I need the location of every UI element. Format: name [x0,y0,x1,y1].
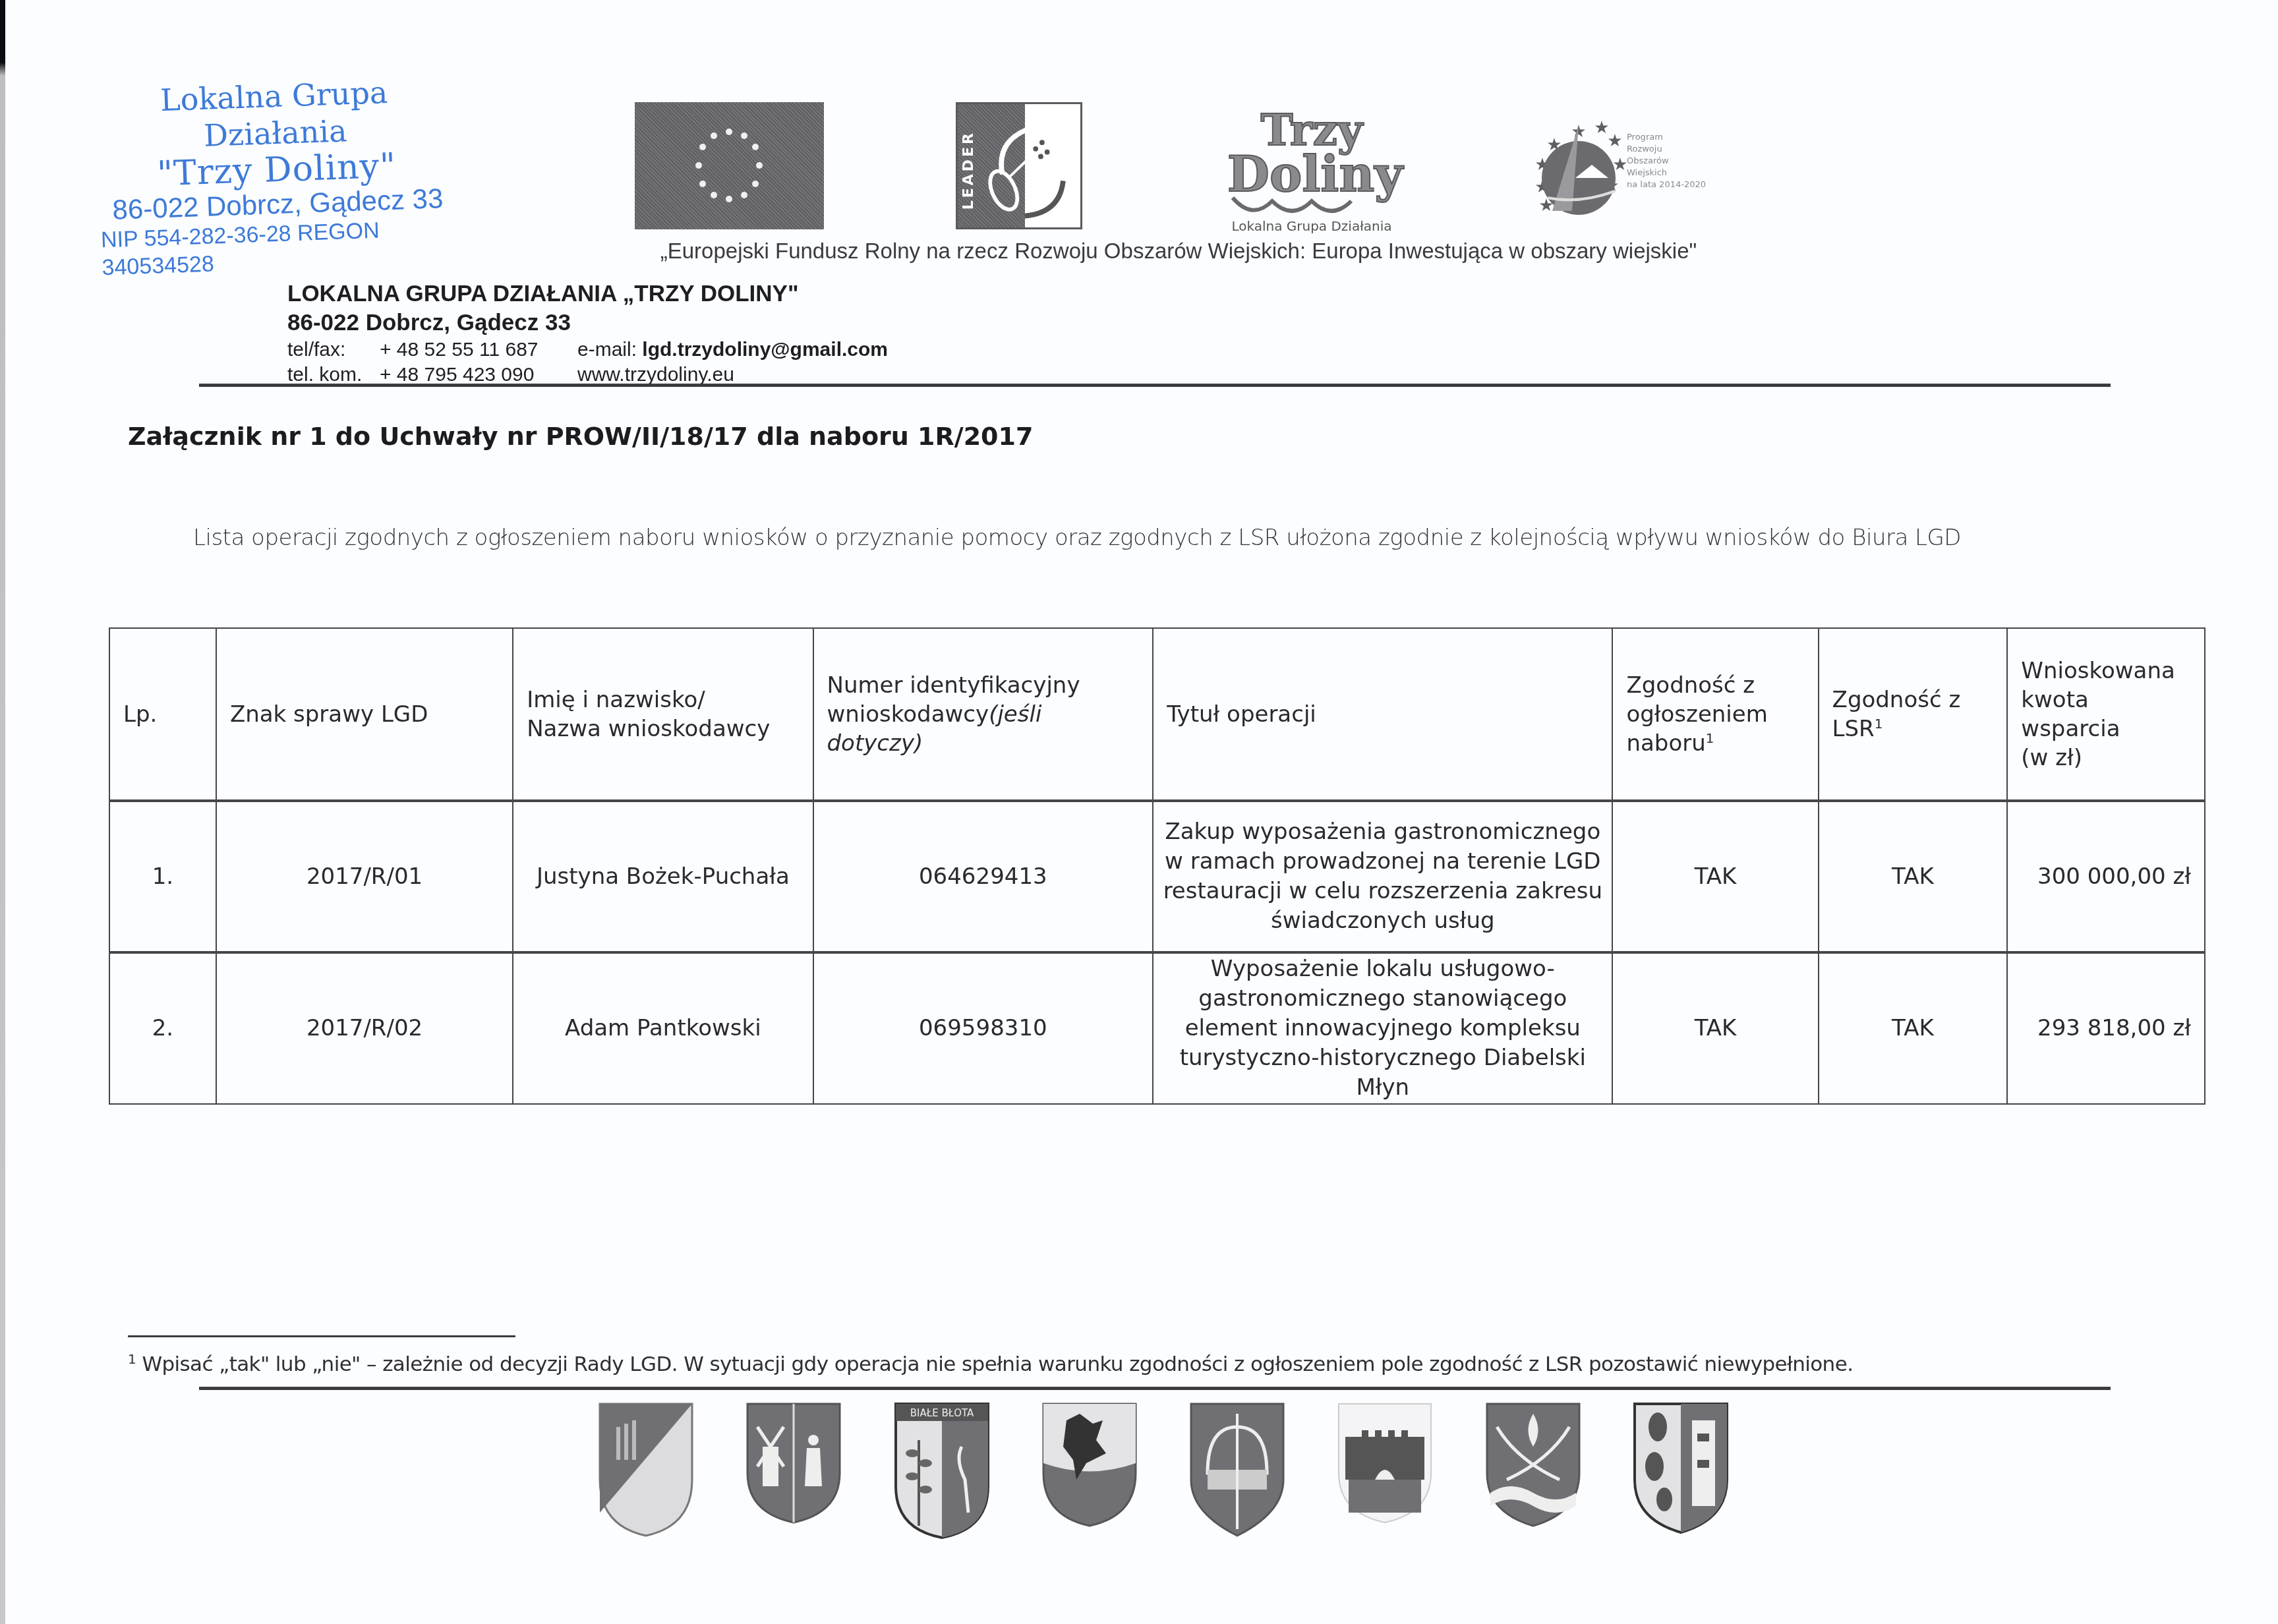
cell-zgodnosc-lsr: TAK [1819,952,2008,1104]
table-header-row: Lp. Znak sprawy LGD Imię i nazwisko/Nazw… [109,628,2205,801]
eu-flag-icon [635,102,824,229]
municipality-crests: BIAŁE BŁOTA [597,1401,1730,1542]
cell-wnioskodawca: Adam Pantkowski [513,952,813,1104]
organization-address: 86-022 Dobrcz, Gądecz 33 [287,308,888,337]
svg-text:Doliny: Doliny [1227,146,1405,203]
header-tytul-operacji: Tytuł operacji [1153,628,1612,801]
trzy-doliny-logo-icon: Trzy Doliny Lokalna Grupa Działania [1186,99,1437,237]
cell-numer: 064629413 [813,801,1154,952]
footnote-ref: 1 [1706,730,1714,745]
cell-zgodnosc-nabor: TAK [1612,952,1818,1104]
header-numer-identyfikacyjny: Numer identyfikacyjnywnioskodawcy(jeśli … [813,628,1154,801]
cell-kwota: 293 818,00 zł [2007,952,2205,1104]
crest-diagonal-icon [597,1401,695,1539]
svg-text:★: ★ [1571,122,1586,142]
header-lp: Lp. [109,628,216,801]
cell-znak: 2017/R/01 [216,801,513,952]
prow-line-1: Program [1627,132,1706,144]
cell-lp: 1. [109,801,216,952]
header-kwota: Wnioskowanakwotawsparcia(w zł) [2007,628,2205,801]
crest-oak-tower-icon [1631,1401,1730,1539]
table-row: 2. 2017/R/02 Adam Pantkowski 069598310 W… [109,952,2205,1104]
crest-castle-icon [1335,1401,1434,1539]
header-divider [199,384,2111,387]
crest-crown-icon [1188,1401,1287,1539]
crest-biale-blota-icon: BIAŁE BŁOTA [892,1401,991,1539]
cell-tytul: Zakup wyposażenia gastronomicznego w ram… [1153,801,1612,952]
prow-line-2: Rozwoju [1627,144,1706,156]
header-zgodnosc-lsr: Zgodność zLSR1 [1819,628,2008,801]
operations-table: Lp. Znak sprawy LGD Imię i nazwisko/Nazw… [109,627,2205,1105]
leader-logo-icon: LEADER [956,102,1082,229]
cell-wnioskodawca: Justyna Bożek-Puchała [513,801,813,952]
document-title: Załącznik nr 1 do Uchwały nr PROW/II/18/… [128,422,1033,451]
footnote: 1 Wpisać „tak" lub „nie" – zależnie od d… [128,1352,1853,1376]
prow-logo-icon: ★★★ ★★ ★★★★ Program Rozwoju Obszarów Wie… [1516,105,1727,231]
email-link[interactable]: lgd.trzydoliny@gmail.com [642,339,888,361]
svg-text:Lokalna Grupa Działania: Lokalna Grupa Działania [1231,218,1391,234]
organization-name: LOKALNA GRUPA DZIAŁANIA „TRZY DOLINY" [287,279,888,308]
header-znak-sprawy: Znak sprawy LGD [216,628,513,801]
email-label: e-mail: [577,339,637,361]
document-subtitle: Lista operacji zgodnych z ogłoszeniem na… [193,525,1961,551]
prow-line-3: Obszarów [1627,156,1706,167]
crest-windmill-icon [744,1401,843,1539]
cell-kwota: 300 000,00 zł [2007,801,2205,952]
cell-lp: 2. [109,952,216,1104]
cell-tytul: Wyposażenie lokalu usługowo-gastronomicz… [1153,952,1612,1104]
header-wnioskodawca: Imię i nazwisko/Nazwa wnioskodawcy [513,628,813,801]
header-zgodnosc-nabor: Zgodność zogłoszeniemnaboru1 [1612,628,1818,801]
svg-text:★: ★ [1607,131,1622,151]
table-row: 1. 2017/R/01 Justyna Bożek-Puchała 06462… [109,801,2205,952]
cell-znak: 2017/R/02 [216,952,513,1104]
telfax-label: tel/fax: [287,337,380,362]
prow-line-4: Wiejskich [1627,167,1706,179]
organization-block: LOKALNA GRUPA DZIAŁANIA „TRZY DOLINY" 86… [287,279,888,388]
svg-text:BIAŁE BŁOTA: BIAŁE BŁOTA [910,1407,974,1419]
footer-divider [199,1387,2111,1390]
prow-line-5: na lata 2014-2020 [1627,179,1706,191]
crest-griffin-icon [1040,1401,1139,1539]
footnote-ref: 1 [1875,715,1883,731]
crest-sabres-icon [1484,1401,1583,1539]
cell-zgodnosc-lsr: TAK [1819,801,2008,952]
cell-numer: 069598310 [813,952,1154,1104]
footnote-mark: 1 [128,1351,136,1367]
stamp-line-1: Lokalna Grupa Działania [96,72,454,158]
telfax-value: + 48 52 55 11 687 [380,337,577,362]
footnote-divider [128,1335,515,1337]
fund-tagline: „Europejski Fundusz Rolny na rzecz Rozwo… [0,239,2278,264]
cell-zgodnosc-nabor: TAK [1612,801,1818,952]
footnote-text: Wpisać „tak" lub „nie" – zależnie od dec… [136,1352,1853,1376]
